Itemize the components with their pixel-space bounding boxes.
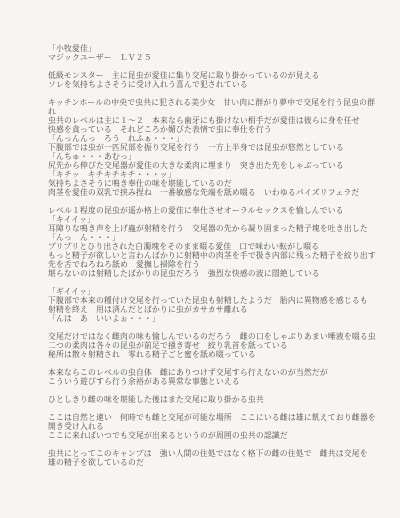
text-line: 耳障りな鳴き声を上げ蟲が射精を行う 交尾器の先から凝り固まった精子塊を吐き出した (48, 224, 380, 233)
paragraph: ここは自然と違い 何時でも雌と交尾が可能な場所 ここにいる雌は雄に飢えており雌器… (48, 413, 380, 440)
text-line: 秘所は散々射精され 零れる精子ごと蜜を舐め啜っている (48, 350, 380, 359)
text-line: 「ギイイッ」 (48, 287, 380, 296)
text-line: 肉茎を愛佳の双乳で挟み捏ね 一番敏感な先端を舐め啜る いわゆるパイズリフェラだ (48, 188, 380, 197)
text-line: 虫共のレベルは主に１～２ 本来なら歯牙にも掛けない相手だが愛佳は彼らに身を任せ (48, 116, 380, 125)
paragraph: 低級モンスター 主に昆虫が愛佳に集り交尾に取り掛かっているのが見えるソレを気持ち… (48, 71, 380, 89)
paragraph: キッチンホールの中央で虫共に犯される美少女 甘い肉に群がり夢中で交尾を行う昆虫の… (48, 98, 380, 197)
paragraph: レベル１程度の昆虫が遥か格上の愛佳に奉仕させオーラルセックスを愉しんでいる「キイ… (48, 206, 380, 278)
text-line: プリプリとひり出された白濁塊をそのまま啜る愛佳 口で味わい転がし啜る (48, 242, 380, 251)
text-line: ここは自然と違い 何時でも雌と交尾が可能な場所 ここにいる雌は雄に飢えており雌器… (48, 413, 380, 422)
text-line: 二つの柔肉は各々の昆虫が前足で掻き寄せ 絞り乳首を舐っている (48, 341, 380, 350)
text-line: こういう遊びすら行う余裕がある異常な事態といえる (48, 377, 380, 386)
text-line: 「キイイッ」 (48, 215, 380, 224)
text-line: 「んちゅ・・・あむっ」 (48, 152, 380, 161)
text-line: ここに来ればいつでも交尾が出来るというのが周囲の虫共の認識だ (48, 431, 380, 440)
text-line: ソレを気持ちよさそうに受け入れう喜んで犯されている (48, 80, 380, 89)
text-line: 快感を貪っている それどころか媚びた表情で虫に奉仕を行う (48, 125, 380, 134)
text-line: 「んは あ いいよぉ・・・」 (48, 314, 380, 323)
paragraph: 交尾だけではなく雌肉の味も愉しんでいるのだろう 雌の口をしゃぶりあまい唾液を啜る… (48, 332, 380, 359)
text-line: 先を舌でねろねろ舐め 愛撫し掃除を行う (48, 260, 380, 269)
text-line: 「んっ ん・・・」 (48, 233, 380, 242)
text-line: 「キチッ キチキチキチ・・・ッ」 (48, 170, 380, 179)
text-line: 開き受け入れる (48, 422, 380, 431)
text-line: 気持ちよさそうに鳴き奉仕の味を堪能しているのだ (48, 179, 380, 188)
text-line: 雄の精子を欲しているのだ (48, 458, 380, 467)
text-line: 虫共にとってこのキャンプは 強い人間の住処ではなく格下の雌の住処で 雌共は交尾を (48, 449, 380, 458)
text-line: ひとしきり雌の味を堪能した後はまた交尾に取り掛かる虫共 (48, 395, 380, 404)
header-paragraph: 「小牧愛佳」マジックユーザー ＬＶ２５ (48, 44, 380, 62)
paragraph: 「ギイイッ」下腹部で本来の種付け交尾を行っていた昆虫も射精したようだ 胎内に異物… (48, 287, 380, 323)
paragraph: 虫共にとってこのキャンプは 強い人間の住処ではなく格下の雌の住処で 雌共は交尾を… (48, 449, 380, 467)
text-line: キッチンホールの中央で虫共に犯される美少女 甘い肉に群がり夢中で交尾を行う昆虫の… (48, 98, 380, 107)
character-class-level: マジックユーザー ＬＶ２５ (48, 53, 380, 62)
text-line: 「んっんんっ ろう れふぁ・・・」 (48, 134, 380, 143)
document-page: 「小牧愛佳」マジックユーザー ＬＶ２５低級モンスター 主に昆虫が愛佳に集り交尾に… (0, 0, 400, 518)
text-line: 射精を終え 用は済んだとばかりに虫がカサカサ離れる (48, 305, 380, 314)
text-line: 尻先から伸びた交尾器が愛佳の大きな柔肉に埋まり 突き出た先をしゃぶっている (48, 161, 380, 170)
text-line: 下腹部で本来の種付け交尾を行っていた昆虫も射精したようだ 胎内に異物感を感じるも (48, 296, 380, 305)
text-line: 交尾だけではなく雌肉の味も愉しんでいるのだろう 雌の口をしゃぶりあまい唾液を啜る… (48, 332, 380, 341)
text-line: 低級モンスター 主に昆虫が愛佳に集り交尾に取り掛かっているのが見える (48, 71, 380, 80)
paragraph: 本来ならこのレベルの虫自体 雌にありつけず交尾すら行えないのが当然だがこういう遊… (48, 368, 380, 386)
text-line: 堪らないのは射精したばかりの昆虫だろう 強烈な快感の波に悶絶している (48, 269, 380, 278)
text-line: 本来ならこのレベルの虫自体 雌にありつけず交尾すら行えないのが当然だが (48, 368, 380, 377)
page-title: 「小牧愛佳」 (48, 44, 380, 53)
text-line: れ (48, 107, 380, 116)
text-line: レベル１程度の昆虫が遥か格上の愛佳に奉仕させオーラルセックスを愉しんでいる (48, 206, 380, 215)
document-text: 「小牧愛佳」マジックユーザー ＬＶ２５低級モンスター 主に昆虫が愛佳に集り交尾に… (48, 44, 380, 467)
text-line: もっと精子が欲しいと言わんばかりに射精中の肉茎を手で扱き内部に残った精子を絞り出… (48, 251, 380, 260)
paragraph: ひとしきり雌の味を堪能した後はまた交尾に取り掛かる虫共 (48, 395, 380, 404)
text-line: 下腹部では虫が一匹尻部を振り交尾を行う 一方上半身では昆虫が悠然としている (48, 143, 380, 152)
